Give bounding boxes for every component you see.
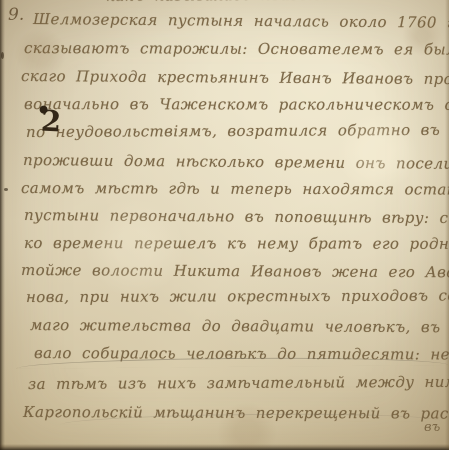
manuscript-line: Шелмозерская пустыня началась около 1760… bbox=[33, 10, 449, 33]
manuscript-line: по неудовольствіямъ, возратился обратно … bbox=[26, 120, 449, 141]
manuscript-line: пустыни первоначально въ поповщинѣ вѣру:… bbox=[24, 206, 449, 228]
manuscript-page: 9. какъ называлась неизвѣстно нѣтъ. Шелм… bbox=[0, 0, 449, 450]
manuscript-line: тойже волости Никита Ивановъ жена его Ав… bbox=[21, 261, 449, 282]
manuscript-line: за тѣмъ изъ нихъ замѣчательный между ним… bbox=[28, 372, 449, 393]
manuscript-line: проживши дома нѣсколько времени онъ посе… bbox=[23, 151, 449, 174]
ink-speck bbox=[1, 52, 4, 59]
manuscript-line: вало собиралось человѣкъ до пятидесяти: … bbox=[34, 344, 449, 364]
page-number: 9. bbox=[8, 5, 24, 25]
manuscript-line-top-cut: какъ называлась неизвѣстно нѣтъ. bbox=[106, 0, 429, 5]
scan-edge-bottom bbox=[0, 444, 449, 450]
manuscript-line: скаго Прихода крестьянинъ Иванъ Ивановъ … bbox=[21, 67, 449, 89]
scan-edge-left bbox=[0, 0, 5, 450]
catchword: въ bbox=[424, 420, 440, 435]
ink-speck bbox=[4, 188, 8, 191]
manuscript-line: самомъ мѣстѣ гдѣ и теперь находятся оста… bbox=[21, 179, 449, 199]
manuscript-line: маго жительства до двадцати человѣкъ, въ… bbox=[30, 316, 449, 337]
manuscript-line: воначально въ Чаженскомъ раскольническом… bbox=[24, 95, 449, 114]
manuscript-line: нова, при нихъ жили окрестныхъ приходовъ… bbox=[26, 286, 449, 306]
folio-number-stamp: 2 bbox=[40, 106, 62, 136]
manuscript-line: Каргопольскій мѣщанинъ перекрещеный въ р… bbox=[23, 403, 449, 423]
manuscript-line: ко времени перешелъ къ нему братъ его ро… bbox=[24, 234, 449, 253]
manuscript-line: сказываютъ старожилы: Основателемъ ея бы… bbox=[24, 39, 449, 59]
